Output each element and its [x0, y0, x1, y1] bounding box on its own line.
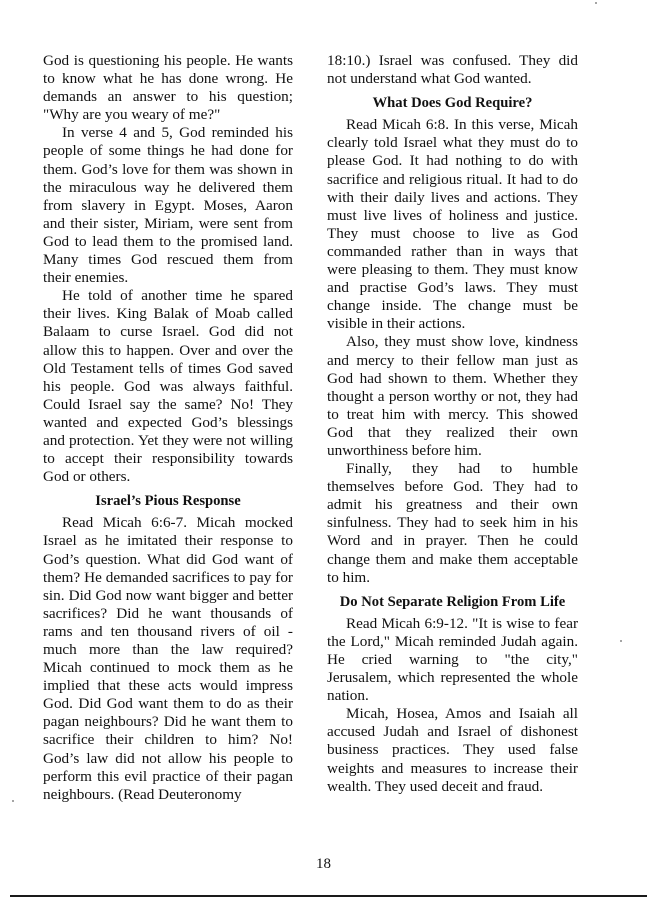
paragraph: Finally, they had to humble themselves b… [327, 460, 578, 587]
paragraph: 18:10.) Israel was confused. They did no… [327, 52, 578, 88]
section-heading-do-not-separate: Do Not Separate Religion From Life [327, 593, 578, 611]
paragraph: God is questioning his people. He wants … [43, 52, 293, 124]
document-page: God is questioning his people. He wants … [0, 0, 647, 900]
page-number: 18 [0, 856, 647, 873]
right-column: 18:10.) Israel was confused. They did no… [327, 52, 578, 796]
section-heading-pious-response: Israel’s Pious Response [43, 492, 293, 510]
paragraph: Micah, Hosea, Amos and Isaiah all accuse… [327, 705, 578, 795]
paragraph: Read Micah 6:9-12. "It is wise to fear t… [327, 615, 578, 705]
scan-speck [595, 2, 597, 4]
paragraph: Also, they must show love, kindness and … [327, 333, 578, 460]
section-heading-what-does-god-require: What Does God Require? [327, 94, 578, 112]
paragraph: Read Micah 6:8. In this verse, Micah cle… [327, 116, 578, 333]
paragraph: In verse 4 and 5, God reminded his peopl… [43, 124, 293, 287]
scan-speck [620, 640, 622, 642]
left-column: God is questioning his people. He wants … [43, 52, 293, 804]
paragraph: He told of another time he spared their … [43, 287, 293, 486]
paragraph: Read Micah 6:6-7. Micah mocked Israel as… [43, 514, 293, 804]
scan-speck [12, 800, 14, 802]
scan-edge-line [10, 895, 647, 897]
